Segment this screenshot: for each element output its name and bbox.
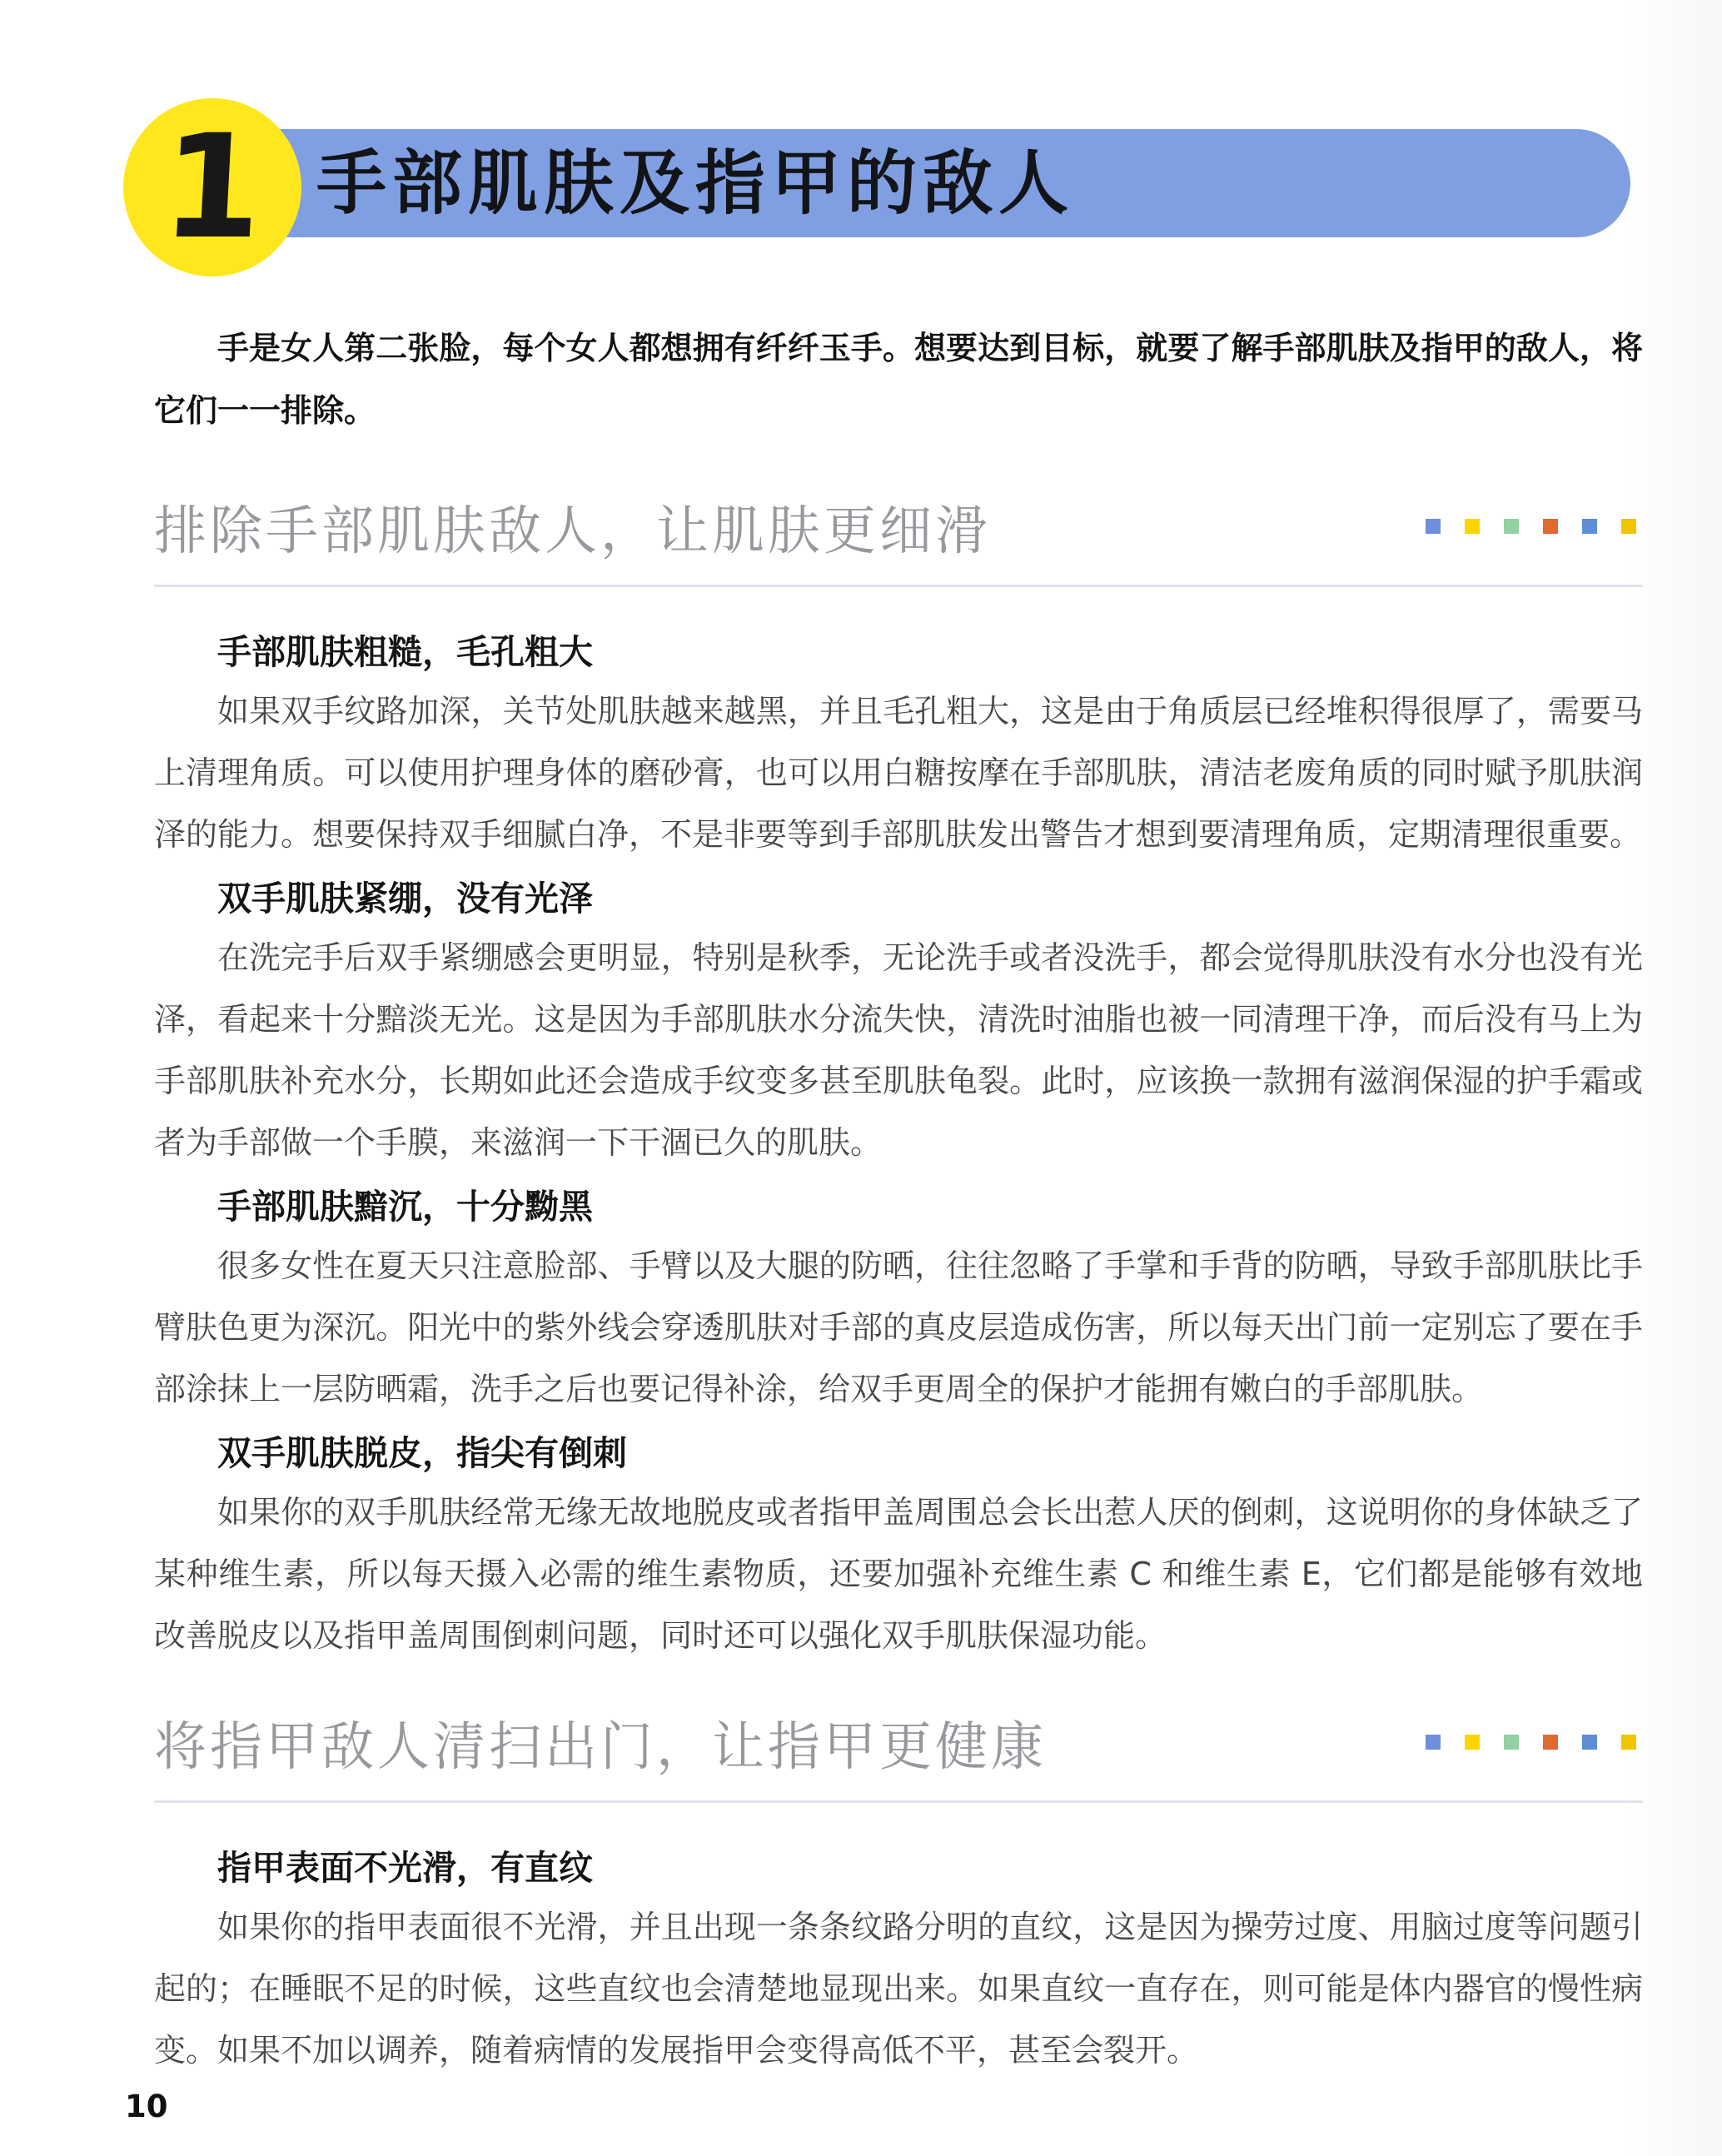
subsection-body: 如果双手纹路加深，关节处肌肤越来越黑，并且毛孔粗大，这是由于角质层已经堆积得很厚…	[154, 680, 1643, 865]
book-page: 手部肌肤及指甲的敌人 1 手是女人第二张脸，每个女人都想拥有纤纤玉手。想要达到目…	[0, 0, 1722, 2156]
subsection-body: 如果你的双手肌肤经常无缘无故地脱皮或者指甲盖周围总会长出惹人厌的倒刺，这说明你的…	[154, 1481, 1643, 1666]
chapter-number-badge: 1	[123, 98, 301, 276]
subsection-title: 指甲表面不光滑，有直纹	[217, 1843, 1643, 1893]
subsection: 双手肌肤脱皮，指尖有倒刺 如果你的双手肌肤经常无缘无故地脱皮或者指甲盖周围总会长…	[154, 1428, 1643, 1666]
section-heading-row: 排除手部肌肤敌人，让肌肤更细滑	[154, 489, 1643, 587]
decor-square-icon	[1582, 1735, 1597, 1750]
page-number: 10	[125, 2089, 168, 2124]
decor-square-icon	[1543, 1735, 1558, 1750]
subsection: 手部肌肤黯沉，十分黝黑 很多女性在夏天只注意脸部、手臂以及大腿的防晒，往往忽略了…	[154, 1182, 1643, 1420]
decor-square-icon	[1504, 519, 1519, 534]
subsection-body: 很多女性在夏天只注意脸部、手臂以及大腿的防晒，往往忽略了手掌和手背的防晒，导致手…	[154, 1235, 1643, 1420]
subsection: 手部肌肤粗糙，毛孔粗大 如果双手纹路加深，关节处肌肤越来越黑，并且毛孔粗大，这是…	[154, 627, 1643, 865]
subsection-title: 双手肌肤紧绷，没有光泽	[217, 874, 1643, 924]
section-heading: 将指甲敌人清扫出门，让指甲更健康	[154, 1705, 1047, 1780]
decor-square-icon	[1621, 1735, 1636, 1750]
decor-square-icon	[1426, 519, 1441, 534]
subsection-body: 如果你的指甲表面很不光滑，并且出现一条条纹路分明的直纹，这是因为操劳过度、用脑过…	[154, 1896, 1643, 2081]
page-content: 手是女人第二张脸，每个女人都想拥有纤纤玉手。想要达到目标，就要了解手部肌肤及指甲…	[154, 317, 1643, 2081]
intro-paragraph: 手是女人第二张脸，每个女人都想拥有纤纤玉手。想要达到目标，就要了解手部肌肤及指甲…	[154, 317, 1643, 442]
subsection: 指甲表面不光滑，有直纹 如果你的指甲表面很不光滑，并且出现一条条纹路分明的直纹，…	[154, 1843, 1643, 2081]
subsection: 双手肌肤紧绷，没有光泽 在洗完手后双手紧绷感会更明显，特别是秋季，无论洗手或者没…	[154, 874, 1643, 1173]
decor-square-icon	[1426, 1735, 1441, 1750]
decor-square-icon	[1465, 519, 1480, 534]
subsection-title: 手部肌肤粗糙，毛孔粗大	[217, 627, 1643, 677]
section-heading: 排除手部肌肤敌人，让肌肤更细滑	[154, 489, 991, 565]
decor-square-icon	[1543, 519, 1558, 534]
section-heading-row: 将指甲敌人清扫出门，让指甲更健康	[154, 1705, 1643, 1803]
subsection-title: 双手肌肤脱皮，指尖有倒刺	[217, 1428, 1643, 1478]
decor-square-icon	[1582, 519, 1597, 534]
subsection-title: 手部肌肤黯沉，十分黝黑	[217, 1182, 1643, 1232]
decor-square-icon	[1621, 519, 1636, 534]
decor-square-icon	[1504, 1735, 1519, 1750]
subsection-body: 在洗完手后双手紧绷感会更明显，特别是秋季，无论洗手或者没洗手，都会觉得肌肤没有水…	[154, 927, 1643, 1173]
decor-squares	[1426, 1735, 1636, 1750]
decor-square-icon	[1465, 1735, 1480, 1750]
chapter-title: 手部肌肤及指甲的敌人	[215, 148, 1074, 218]
chapter-header: 手部肌肤及指甲的敌人 1	[0, 0, 1722, 287]
decor-squares	[1426, 519, 1636, 534]
chapter-number: 1	[159, 116, 266, 259]
chapter-title-banner: 手部肌肤及指甲的敌人	[215, 129, 1630, 237]
